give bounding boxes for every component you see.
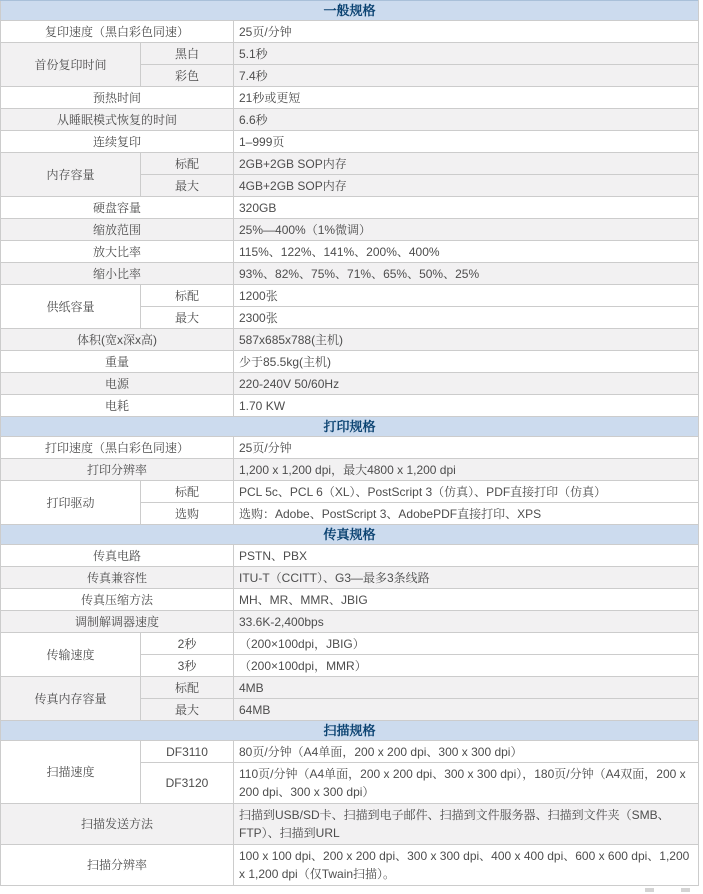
spec-value: 选购：Adobe、PostScript 3、AdobePDF直接打印、XPS [234,503,699,525]
spec-value: 1–999页 [234,131,699,153]
spec-label: 硬盘容量 [1,197,234,219]
spec-row: 从睡眠模式恢复的时间 6.6秒 [1,109,699,131]
spec-value: 2GB+2GB SOP内存 [234,153,699,175]
spec-value: 6.6秒 [234,109,699,131]
spec-value: PCL 5c、PCL 6（XL）、PostScript 3（仿真）、PDF直接打… [234,481,699,503]
spec-label: 电耗 [1,395,234,417]
cutoff-page-artifact [0,887,703,894]
spec-value: 5.1秒 [234,43,699,65]
spec-group-label: 打印驱动 [1,481,141,525]
spec-sublabel: 最大 [141,175,234,197]
spec-value: 1,200 x 1,200 dpi，最大4800 x 1,200 dpi [234,459,699,481]
spec-sublabel: 黑白 [141,43,234,65]
spec-group-label: 扫描速度 [1,741,141,804]
spec-group-label: 供纸容量 [1,285,141,329]
spec-row: 复印速度（黑白彩色同速） 25页/分钟 [1,21,699,43]
spec-row: 硬盘容量 320GB [1,197,699,219]
spec-sublabel: 3秒 [141,655,234,677]
spec-row: 缩放范围 25%—400%（1%微调） [1,219,699,241]
spec-sublabel: 标配 [141,285,234,307]
spec-value: 25页/分钟 [234,437,699,459]
spec-sublabel: DF3120 [141,763,234,804]
spec-label: 电源 [1,373,234,395]
spec-row: 传真内存容量 标配 4MB [1,677,699,699]
spec-label: 从睡眠模式恢复的时间 [1,109,234,131]
spec-value: 25%—400%（1%微调） [234,219,699,241]
spec-label: 复印速度（黑白彩色同速） [1,21,234,43]
spec-group-label: 首份复印时间 [1,43,141,87]
spec-label: 放大比率 [1,241,234,263]
spec-label: 连续复印 [1,131,234,153]
spec-group-label: 传真内存容量 [1,677,141,721]
spec-row: 放大比率 115%、122%、141%、200%、400% [1,241,699,263]
spec-sublabel: 2秒 [141,633,234,655]
spec-row: 打印分辨率 1,200 x 1,200 dpi，最大4800 x 1,200 d… [1,459,699,481]
spec-value: ITU-T（CCITT）、G3—最多3条线路 [234,567,699,589]
spec-sublabel: 标配 [141,677,234,699]
spec-group-label: 内存容量 [1,153,141,197]
spec-row: 传真电路 PSTN、PBX [1,545,699,567]
spec-label: 体积(宽x深x高) [1,329,234,351]
section-row-scan: 扫描规格 [1,721,699,741]
spec-value: PSTN、PBX [234,545,699,567]
section-header-general: 一般规格 [1,1,699,21]
spec-label: 扫描分辨率 [1,845,234,886]
spec-value: 220-240V 50/60Hz [234,373,699,395]
spec-sublabel: 选购 [141,503,234,525]
spec-label: 传真电路 [1,545,234,567]
spec-row: 扫描分辨率 100 x 100 dpi、200 x 200 dpi、300 x … [1,845,699,886]
spec-value: 33.6K-2,400bps [234,611,699,633]
spec-value: 80页/分钟（A4单面，200 x 200 dpi、300 x 300 dpi） [234,741,699,763]
spec-value: （200×100dpi，MMR） [234,655,699,677]
spec-row: 连续复印 1–999页 [1,131,699,153]
spec-row: 扫描发送方法 扫描到USB/SD卡、扫描到电子邮件、扫描到文件服务器、扫描到文件… [1,804,699,845]
spec-row: 打印速度（黑白彩色同速） 25页/分钟 [1,437,699,459]
spec-sublabel: 标配 [141,153,234,175]
spec-row: 打印驱动 标配 PCL 5c、PCL 6（XL）、PostScript 3（仿真… [1,481,699,503]
section-row-fax: 传真规格 [1,525,699,545]
spec-row: 预热时间 21秒或更短 [1,87,699,109]
spec-value: 少于85.5kg(主机) [234,351,699,373]
spec-row: 重量 少于85.5kg(主机) [1,351,699,373]
spec-sublabel: DF3110 [141,741,234,763]
spec-value: 1200张 [234,285,699,307]
spec-value: 25页/分钟 [234,21,699,43]
section-header-fax: 传真规格 [1,525,699,545]
spec-value: （200×100dpi，JBIG） [234,633,699,655]
spec-row: 首份复印时间 黑白 5.1秒 [1,43,699,65]
spec-row: 传真兼容性 ITU-T（CCITT）、G3—最多3条线路 [1,567,699,589]
spec-label: 调制解调器速度 [1,611,234,633]
spec-row: 供纸容量 标配 1200张 [1,285,699,307]
spec-row: 扫描速度 DF3110 80页/分钟（A4单面，200 x 200 dpi、30… [1,741,699,763]
spec-value: 4GB+2GB SOP内存 [234,175,699,197]
spec-label: 传真压缩方法 [1,589,234,611]
spec-value: 115%、122%、141%、200%、400% [234,241,699,263]
spec-sublabel: 彩色 [141,65,234,87]
spec-row: 调制解调器速度 33.6K-2,400bps [1,611,699,633]
spec-row: 内存容量 标配 2GB+2GB SOP内存 [1,153,699,175]
spec-label: 扫描发送方法 [1,804,234,845]
spec-value: MH、MR、MMR、JBIG [234,589,699,611]
section-row-print: 打印规格 [1,417,699,437]
spec-value: 320GB [234,197,699,219]
spec-value: 100 x 100 dpi、200 x 200 dpi、300 x 300 dp… [234,845,699,886]
spec-label: 缩小比率 [1,263,234,285]
spec-value: 2300张 [234,307,699,329]
spec-value: 64MB [234,699,699,721]
spec-label: 传真兼容性 [1,567,234,589]
spec-value: 110页/分钟（A4单面，200 x 200 dpi、300 x 300 dpi… [234,763,699,804]
spec-row: 传真压缩方法 MH、MR、MMR、JBIG [1,589,699,611]
spec-label: 打印分辨率 [1,459,234,481]
spec-label: 预热时间 [1,87,234,109]
spec-row: 电耗 1.70 KW [1,395,699,417]
spec-sublabel: 最大 [141,699,234,721]
spec-value: 7.4秒 [234,65,699,87]
spec-row: 体积(宽x深x高) 587x685x788(主机) [1,329,699,351]
spec-row: 传输速度 2秒 （200×100dpi，JBIG） [1,633,699,655]
spec-value: 93%、82%、75%、71%、65%、50%、25% [234,263,699,285]
spec-table: 一般规格 复印速度（黑白彩色同速） 25页/分钟 首份复印时间 黑白 5.1秒 … [0,0,699,886]
spec-value: 587x685x788(主机) [234,329,699,351]
spec-sublabel: 最大 [141,307,234,329]
section-header-print: 打印规格 [1,417,699,437]
spec-value: 21秒或更短 [234,87,699,109]
section-header-scan: 扫描规格 [1,721,699,741]
section-row-general: 一般规格 [1,1,699,21]
spec-label: 重量 [1,351,234,373]
spec-group-label: 传输速度 [1,633,141,677]
cutoff-glyph [645,888,654,892]
spec-value: 4MB [234,677,699,699]
cutoff-glyph [681,888,690,892]
spec-value: 扫描到USB/SD卡、扫描到电子邮件、扫描到文件服务器、扫描到文件夹（SMB、F… [234,804,699,845]
spec-label: 打印速度（黑白彩色同速） [1,437,234,459]
spec-label: 缩放范围 [1,219,234,241]
spec-value: 1.70 KW [234,395,699,417]
spec-row: 缩小比率 93%、82%、75%、71%、65%、50%、25% [1,263,699,285]
spec-row: 电源 220-240V 50/60Hz [1,373,699,395]
spec-sublabel: 标配 [141,481,234,503]
